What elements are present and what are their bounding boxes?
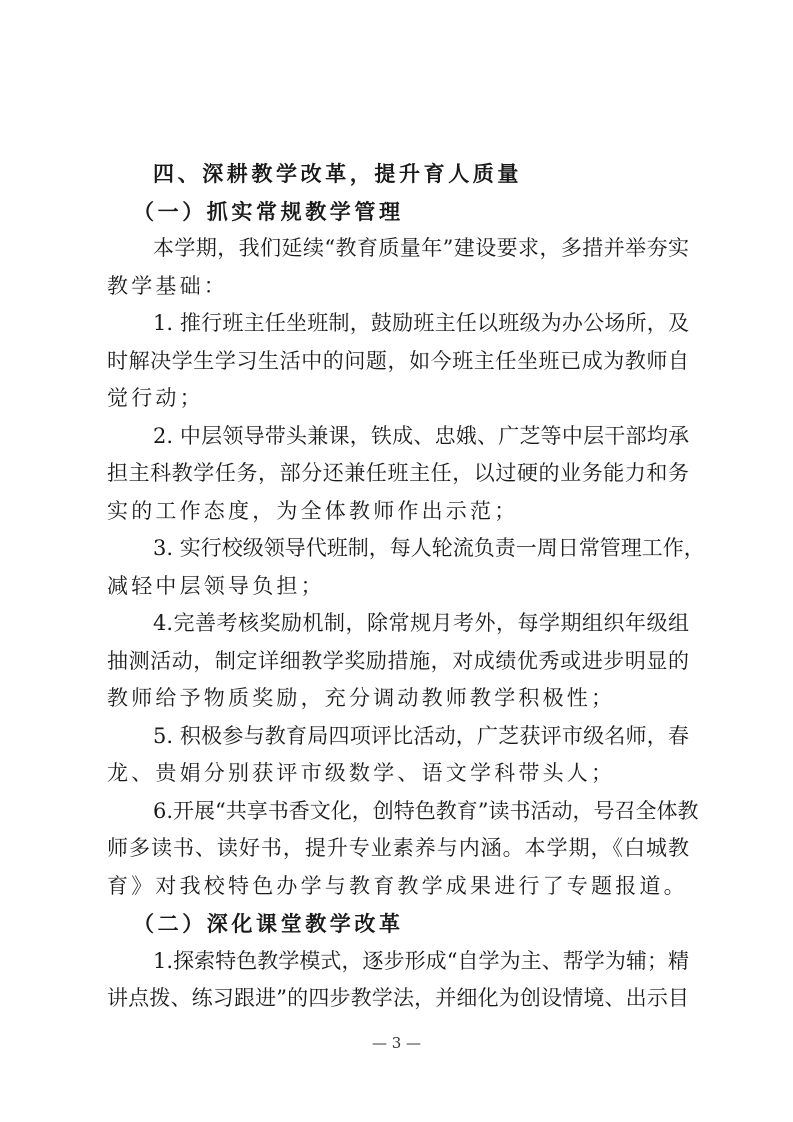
intro-line-1: 本学期，我们延续“教育质量年”建设要求，多措并举夯实 (107, 230, 689, 268)
item-5-line-1: 5. 积极参与教育局四项评比活动，广芝获评市级名师，春 (107, 718, 689, 756)
item-1-line-3: 觉行动； (107, 380, 689, 418)
item-4-line-3: 教师给予物质奖励，充分调动教师教学积极性； (107, 680, 689, 718)
item-4-line-1: 4.完善考核奖励机制，除常规月考外，每学期组织年级组 (107, 605, 689, 643)
item-1-line-2: 时解决学生学习生活中的问题，如今班主任坐班已成为教师自 (107, 343, 689, 381)
section-heading: 四、深耕教学改革，提升育人质量 (107, 155, 689, 193)
item-3-line-1: 3. 实行校级领导代班制，每人轮流负责一周日常管理工作， (107, 530, 689, 568)
item-6-line-3: 育》对我校特色办学与教育教学成果进行了专题报道。 (107, 868, 689, 906)
item-2-1-line-1: 1.探索特色教学模式，逐步形成“自学为主、帮学为辅；精 (107, 943, 689, 981)
item-2-1-line-2: 讲点拨、练习跟进”的四步教学法，并细化为创设情境、出示目 (107, 980, 689, 1018)
item-6-line-1: 6.开展“共享书香文化，创特色教育”读书活动，号召全体教 (107, 793, 689, 831)
item-4-line-2: 抽测活动，制定详细教学奖励措施，对成绩优秀或进步明显的 (107, 643, 689, 681)
document-page: 四、深耕教学改革，提升育人质量 （一）抓实常规教学管理 本学期，我们延续“教育质… (107, 155, 689, 1018)
subsection-heading-2: （二）深化课堂教学改革 (107, 905, 689, 943)
item-2-line-3: 实的工作态度，为全体教师作出示范； (107, 493, 689, 531)
item-3-line-2: 减轻中层领导负担； (107, 568, 689, 606)
intro-line-2: 教学基础： (107, 268, 689, 306)
subsection-heading-1: （一）抓实常规教学管理 (107, 193, 689, 231)
page-number: — 3 — (0, 1034, 793, 1052)
item-2-line-2: 担主科教学任务，部分还兼任班主任，以过硬的业务能力和务 (107, 455, 689, 493)
item-2-line-1: 2. 中层领导带头兼课，铁成、忠娥、广芝等中层干部均承 (107, 418, 689, 456)
item-5-line-2: 龙、贵娟分别获评市级数学、语文学科带头人； (107, 755, 689, 793)
item-1-line-1: 1. 推行班主任坐班制，鼓励班主任以班级为办公场所，及 (107, 305, 689, 343)
item-6-line-2: 师多读书、读好书，提升专业素养与内涵。本学期，《白城教 (107, 830, 689, 868)
